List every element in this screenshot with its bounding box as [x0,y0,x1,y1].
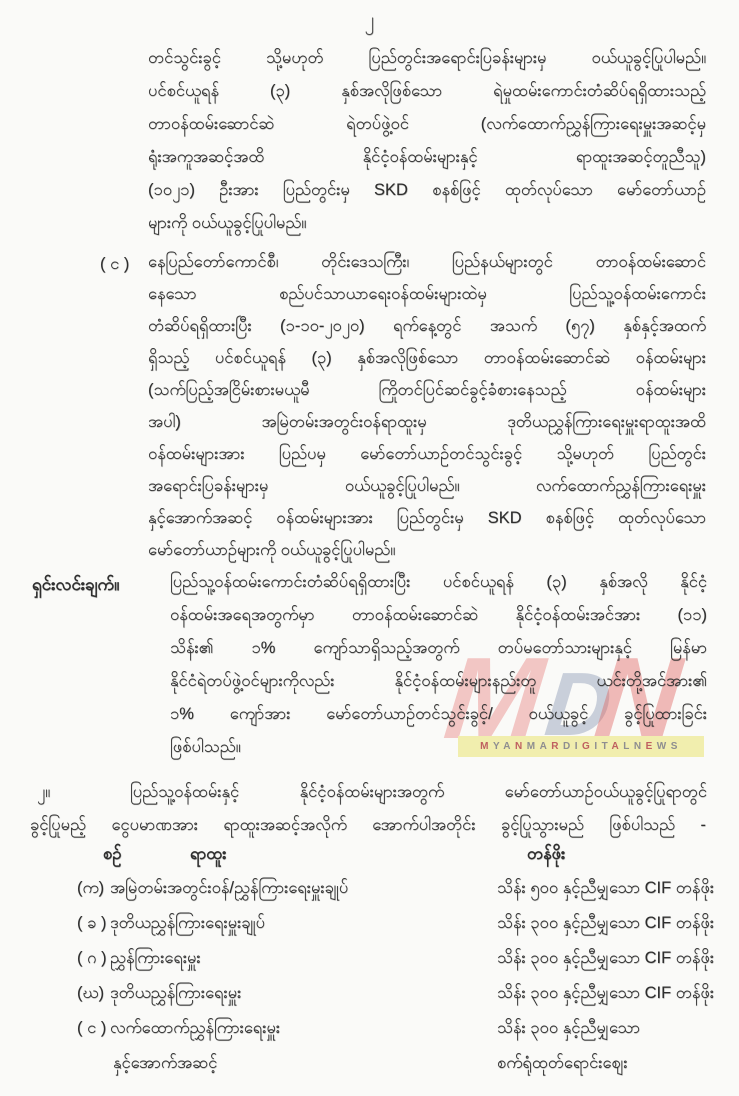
explanation-line: ဝန်ထမ်းအရေအတွက်မှာ တာဝန်ထမ်းဆောင်ဆဲ နိုင… [170,599,707,632]
row-value: သိန်း ၃၀၀ နှင့်ညီမျှသော CIF တန်ဖိုး [497,907,714,940]
row-value: သိန်း ၅၀၀ နှင့်ညီမျှသော CIF တန်ဖိုး [497,872,714,905]
intro-line: ရုံးအကူအဆင့်အထိ နိုင်ငံ့ဝန်ထမ်းများနှင့်… [148,141,706,174]
row-value: သိန်း ၃၀၀ နှင့်ညီမျှသော CIF တန်ဖိုး [497,977,714,1010]
row-position: ဒုတိယညွှန်ကြားရေးမှူးချုပ် [110,907,265,940]
row-value: သိန်း ၃၀၀ နှင့်ညီမျှသော [497,1012,640,1045]
table-row: (က) အမြဲတမ်းအတွင်းဝန်/ညွှန်ကြားရေးမှူးချ… [0,872,739,907]
table-header-row: စဉ် ရာထူး တန်ဖိုး [0,838,739,871]
para2-line1: ပြည်သူ့ဝန်ထမ်းနှင့် နိုင်ငံ့ဝန်ထမ်းများအ… [130,776,707,809]
explanation-line: နိုင်ငံရဲတပ်ဖွဲ့ဝင်များကိုလည်း နိုင်ငံ့ဝ… [170,665,707,698]
row-no: ( ခ ) [77,907,106,940]
intro-line: များကို ဝယ်ယူခွင့်ပြုပါမည်။ [148,207,706,240]
page-number: ၂ [0,6,739,36]
explanation-line: ၁% ကျော်အား မော်တော်ယာဉ်တင်သွင်းခွင့်/ ဝ… [170,698,707,731]
row-value: သိန်း ၃၀၀ နှင့်ညီမျှသော CIF တန်ဖိုး [497,942,714,975]
table-row: ( င ) လက်ထောက်ညွှန်ကြားရေးမှူး သိန်း ၃၀၀… [0,1012,739,1082]
item-nga-paragraph: နေပြည်တော်ကောင်စီ၊ တိုင်းဒေသကြီး၊ ပြည်နယ… [148,246,706,566]
row-position-line2: နှင့်အောက်အဆင့် [113,1047,217,1080]
item-nga-line: ရှိသည့် ပင်စင်ယူရန် (၃) နှစ်အလိုဖြစ်သော … [148,342,706,374]
explanation-paragraph: ပြည်သူ့ဝန်ထမ်းကောင်းတံဆိပ်ရရှိထားပြီး ပင… [170,566,707,764]
explanation-label: ရှင်းလင်းချက်။ [32,568,119,601]
item-nga-line: အရောင်းပြခန်းများမှ ဝယ်ယူခွင့်ပြုပါမည်။ … [148,470,706,502]
table-row: ( ဂ ) ညွှန်ကြားရေးမှူး သိန်း ၃၀၀ နှင့်ညီ… [0,942,739,977]
table-row: (ဃ) ဒုတိယညွှန်ကြားရေးမှူး သိန်း ၃၀၀ နှင့… [0,977,739,1012]
item-nga-line: နှင့်အောက်အဆင့် ဝန်ထမ်းများအား ပြည်တွင်း… [148,502,706,534]
row-no: (ဃ) [77,977,104,1010]
row-no: ( င ) [77,1012,106,1045]
table-row: ( ခ ) ဒုတိယညွှန်ကြားရေးမှူးချုပ် သိန်း ၃… [0,907,739,942]
item-nga-line: အပါ) အမြဲတမ်းအတွင်းဝန်ရာထူးမှ ဒုတိယညွှန်… [148,406,706,438]
table-header-no: စဉ် [103,838,121,871]
row-position: ဒုတိယညွှန်ကြားရေးမှူး [110,977,241,1010]
item-nga-line: တံဆိပ်ရရှိထားပြီး (၁-၁၀-၂၀၂၀) ရက်နေ့တွင်… [148,310,706,342]
row-position: ညွှန်ကြားရေးမှူး [110,942,201,975]
explanation-line: ဖြစ်ပါသည်။ [170,731,707,764]
table-header-position: ရာထူး [190,838,226,871]
item-nga-line: ဝန်ထမ်းများအား ပြည်ပမှ မော်တော်ယာဉ်တင်သွ… [148,438,706,470]
explanation-line: သိန်း၏ ၁% ကျော်သာရှိသည့်အတွက် တပ်မတော်သာ… [170,632,707,665]
row-no: (က) [77,872,104,905]
row-position: လက်ထောက်ညွှန်ကြားရေးမှူး [110,1012,280,1045]
intro-paragraph: တင်သွင်းခွင့် သို့မဟုတ် ပြည်တွင်းအရောင်း… [148,42,706,240]
intro-line: ပင်စင်ယူရန် (၃) နှစ်အလိုဖြစ်သော ရဲမှုထမ်… [148,75,706,108]
item-nga-line: မော်တော်ယာဉ်များကို ဝယ်ယူခွင့်ပြုပါမည်။ [148,534,706,566]
intro-line: တာဝန်ထမ်းဆောင်ဆဲ ရဲတပ်ဖွဲ့ဝင် (လက်ထောက်ည… [148,108,706,141]
item-nga-line: နေသော စည်ပင်သာယာရေးဝန်ထမ်းများထဲမှ ပြည်သ… [148,278,706,310]
document-page: M D N MYANMARDIGITALNEWS ၂ တင်သွင်းခွင့်… [0,0,739,1096]
intro-line: (၁၀၂၁) ဦးအား ပြည်တွင်းမှ SKD စနစ်ဖြင့် ထ… [148,174,706,207]
row-value-line2: စက်ရုံထုတ်ရောင်းစျေး [497,1047,628,1080]
item-nga-label: ( င ) [100,248,129,281]
row-no: ( ဂ ) [77,942,107,975]
intro-line: တင်သွင်းခွင့် သို့မဟုတ် ပြည်တွင်းအရောင်း… [148,42,706,75]
explanation-line: ပြည်သူ့ဝန်ထမ်းကောင်းတံဆိပ်ရရှိထားပြီး ပင… [170,566,707,599]
para2-number: ၂။ [37,776,50,809]
table-header-value: တန်ဖိုး [527,838,565,871]
row-position: အမြဲတမ်းအတွင်းဝန်/ညွှန်ကြားရေးမှူးချုပ် [110,872,348,905]
item-nga-line: (သက်ပြည့်အငြိမ်းစားမယူမီ ကြိုတင်ပြင်ဆင်ခ… [148,374,706,406]
item-nga-line: နေပြည်တော်ကောင်စီ၊ တိုင်းဒေသကြီး၊ ပြည်နယ… [148,246,706,278]
